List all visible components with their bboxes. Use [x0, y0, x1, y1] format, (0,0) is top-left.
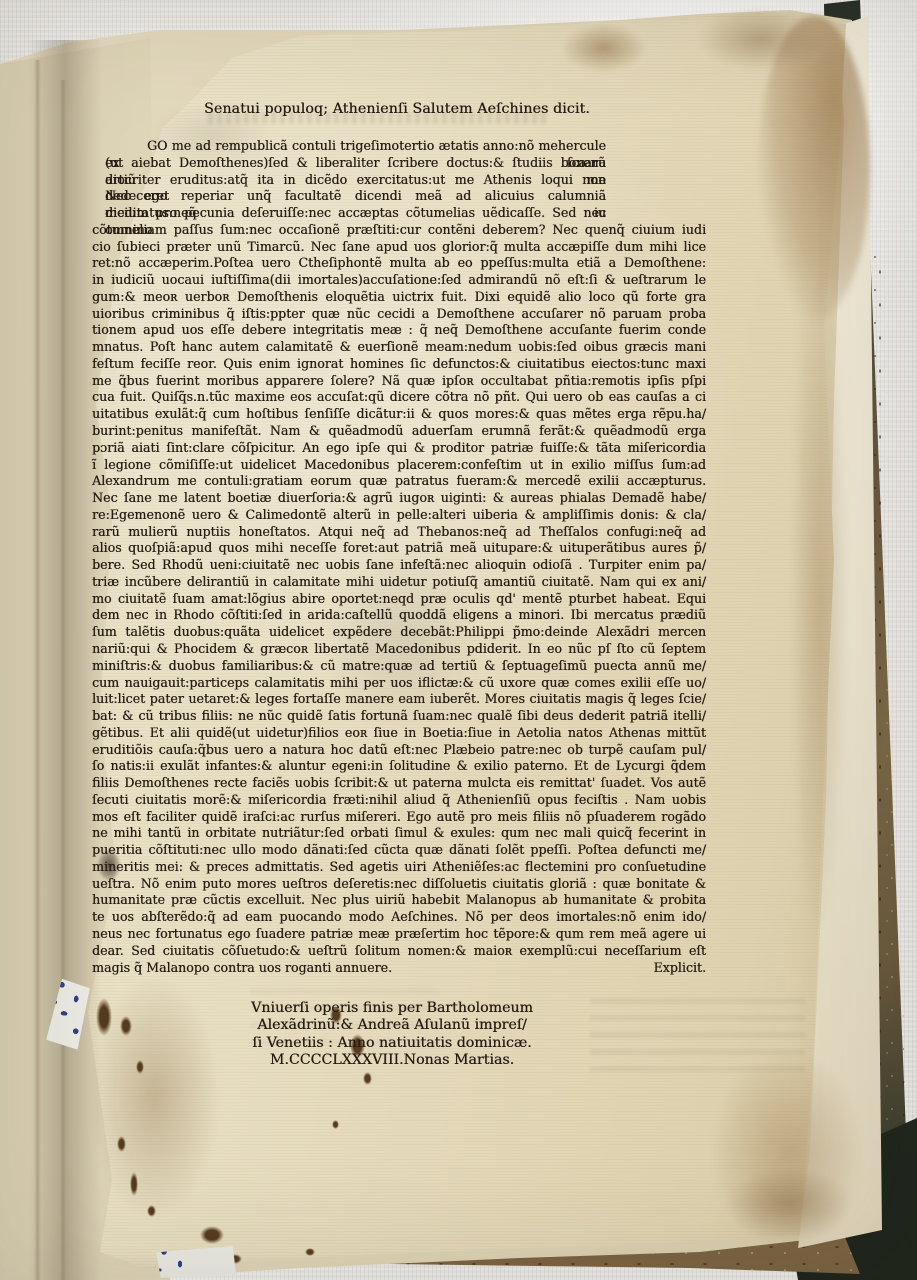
colophon-line: ſi Venetiis : Anno natiuitatis dominicæ. [210, 1035, 574, 1052]
text-line: uitatibus exulãt:q̃ cum hoſtibus ſenſiſſ… [92, 406, 706, 423]
text-line: diocriter eruditus:atq̃ ita in dicẽdo ex… [105, 172, 606, 189]
text-line: alios quoſpiã:apud quos mihi neceſſe for… [92, 540, 706, 557]
gutter-shadow [28, 40, 102, 1280]
colophon-line: Alexãdrinũ:& Andreã Aſulanũ impreſ/ [210, 1017, 574, 1034]
text-line: me q̃bus fuerint moribus apparere ſolere… [92, 373, 706, 390]
text-line: rarũ mulierũ nuptiis honeſtatos. Atqui n… [92, 524, 706, 541]
worm-hole [136, 1060, 144, 1074]
text-line: feſtum feciſſe reor. Quis enim ignorat h… [92, 356, 706, 373]
verso-show-through [590, 988, 805, 1072]
text-line: gum:& meoʀ uerboʀ Demoſthenis eloquẽtia … [92, 289, 706, 306]
text-line: nariũ:qui & Phocidem & græcoʀ libertatẽ … [92, 641, 706, 658]
final-line-text: magis q̃ Malanopo contra uos roganti ann… [92, 960, 392, 977]
worm-hole [332, 1120, 339, 1129]
text-line: miniſtris:& duobus familiaribus:& cũ mat… [92, 658, 706, 675]
text-line: eruditiõis cauſa:q̃bus uero a natura hoc… [92, 742, 706, 759]
text-line: cio ſubieci præter unũ Timarcũ. Nec ſane… [92, 239, 706, 256]
photo-of-incunable-page: Senatui populoq; Athenienſi Salutem Aeſc… [0, 0, 917, 1280]
text-line: cua fuit. Quiſq̃s.n.tũc maxime eos accuſ… [92, 389, 706, 406]
text-line: pueritia cõſtituti:nec ullo modo dãnati:… [92, 842, 706, 859]
text-line: dear. Sed ciuitatis cõſuetudo:& ueſtrũ ſ… [92, 943, 706, 960]
text-line: (ut aiebat Demoſthenes)ſed & liberaliter… [105, 155, 606, 172]
text-line: dem nec in Rhodo cõſtiti:ſed in arida:ca… [92, 607, 706, 624]
text-line: Nec ſane me latent boetiæ diuerſoria:& a… [92, 490, 706, 507]
text-line: Nec ego reperiar unq̃ facultatẽ dicendi … [105, 188, 606, 205]
worm-hole [96, 998, 112, 1036]
text-line: tionem apud uos eſſe debere integritatis… [92, 322, 706, 339]
text-line: cõtumeliam paſſus ſum:nec occaſionẽ præſ… [92, 222, 706, 239]
text-line: mos eſt faciliter quidẽ iraſci:ac rurſus… [92, 809, 706, 826]
worm-hole [147, 1205, 156, 1217]
text-line: mineritis mei: & preces admittatis. Sed … [92, 859, 706, 876]
text-line: triæ incũbere delirantiũ in calamitate m… [92, 574, 706, 591]
colophon-line: Vniuerſi operis finis per Bartholomeum [210, 1000, 574, 1017]
text-line: bere. Sed Rhodũ ueni:ciuitatẽ nec uobis … [92, 557, 706, 574]
colophon-line: M.CCCCLXXXVIII.Nonas Martias. [210, 1052, 574, 1069]
text-line: burint:penitus manifeſtãt. Nam & quẽadmo… [92, 423, 706, 440]
text-line: bat: & cũ tribus filiis: ne nũc quidẽ ſa… [92, 708, 706, 725]
body-lines: GO me ad rempublicã contuli trigeſimoter… [92, 138, 706, 960]
final-line: magis q̃ Malanopo contra uos roganti ann… [92, 960, 706, 977]
colophon: Vniuerſi operis finis per BartholomeumAl… [210, 1000, 574, 1069]
text-line: ſum talẽtis duobus:quãta uidelicet expẽd… [92, 624, 706, 641]
text-line: pɔriã aiati ſint:clare cõſpicitur. An eg… [92, 440, 706, 457]
text-line: ret:nõ accæperim.Poſtea uero Ctheſiphont… [92, 255, 706, 272]
text-line: ſecuti ciuitatis morẽ:& miſericordia fræ… [92, 792, 706, 809]
text-line: ĩ legione cõmiſiſſe:ut uidelicet Macedon… [92, 457, 706, 474]
text-line: mo ciuitatẽ ſuam amat:lõgius abire oport… [92, 591, 706, 608]
text-line: luit:licet pater uetaret:& leges fortaſſ… [92, 691, 706, 708]
text-line: gẽtibus. Et alii quidẽ(ut uidetur)filios… [92, 725, 706, 742]
page-heading: Senatui populoq; Athenienſi Salutem Aeſc… [204, 100, 684, 118]
text-line: filiis Demoſthenes recte faciẽs uobis ſc… [92, 775, 706, 792]
text-line: GO me ad rempublicã contuli trigeſimoter… [105, 138, 606, 155]
text-line: mnatus. Poſt hanc autem calamitatẽ & eue… [92, 339, 706, 356]
text-line: ſo natis:ii exulãt infantes:& aluntur eg… [92, 758, 706, 775]
text-line: Alexandrum me contuli:gratiam eorum quæ … [92, 473, 706, 490]
text-line: neus nec fortunatus ego ſuadere patriæ m… [92, 926, 706, 943]
worm-hole [117, 1136, 126, 1152]
text-line: dicium pro pecunia deſeruiſſe:nec accæpt… [105, 205, 606, 222]
text-line: te uos abſterẽdo:q̃ ad eam puocando modo… [92, 909, 706, 926]
worm-hole [130, 1172, 138, 1196]
text-line: uioribus criminibus q̃ iſtis:ppter quæ n… [92, 306, 706, 323]
text-line: in iudiciũ uocaui iuſtiſſima(dii imortal… [92, 272, 706, 289]
text-line: cum nauigauit:particeps calamitatis mihi… [92, 675, 706, 692]
text-line: ne mihi tantũ in orbitate nutriãtur:ſed … [92, 825, 706, 842]
worm-hole [363, 1072, 372, 1085]
worm-hole [305, 1248, 315, 1256]
body-text: GO me ad rempublicã contuli trigeſimoter… [92, 138, 706, 976]
worm-hole [120, 1016, 132, 1036]
text-line: humanitate præ cũctis excelluit. Nec plu… [92, 892, 706, 909]
worm-hole [200, 1226, 224, 1244]
explicit-label: Explicit. [653, 960, 706, 977]
text-line: ueſtra. Nõ enim puto mores ueſtros deſer… [92, 876, 706, 893]
text-line: re:Egemenonẽ uero & Calimedontẽ alterũ i… [92, 507, 706, 524]
